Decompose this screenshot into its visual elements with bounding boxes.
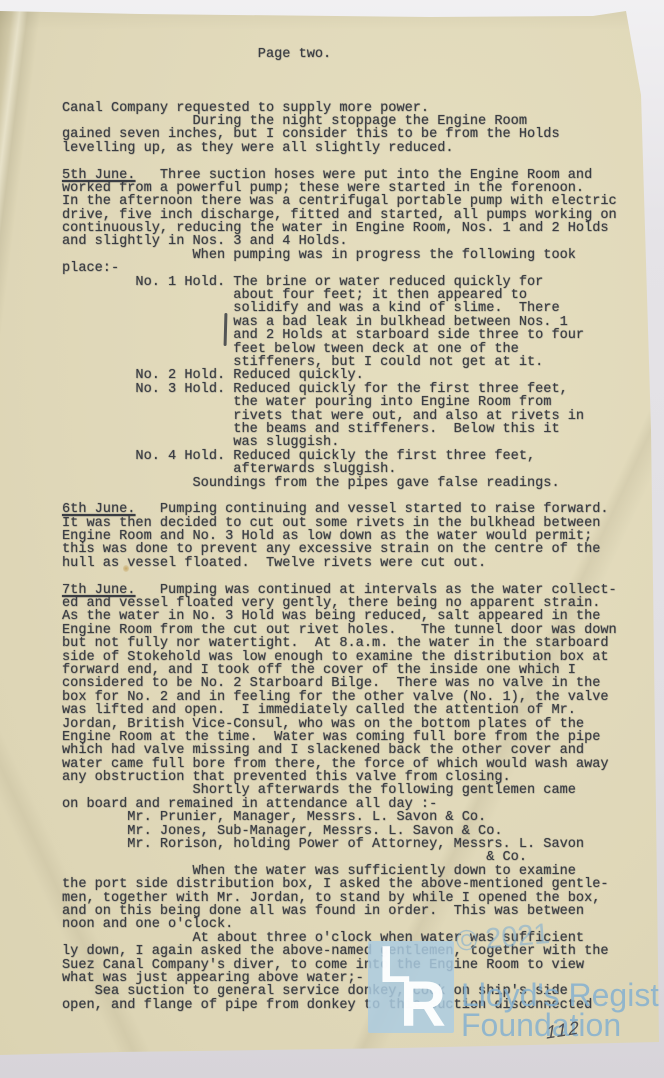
text-line: Mr. Prunier, Manager, Messrs. L. Savon &… (62, 811, 642, 824)
text-line: feet below tween deck at one of the (62, 343, 642, 356)
text-line: No. 2 Hold. Reduced quickly. (62, 369, 642, 382)
text-line (62, 88, 642, 101)
text-line: place:- (62, 262, 642, 275)
text-line: 7th June. Pumping was continued at inter… (62, 584, 642, 597)
text-line: hull as vessel floated. Twelve rivets we… (62, 557, 642, 570)
text-line: was sluggish. (62, 436, 642, 449)
text-line: levelling up, as they were all slightly … (62, 142, 642, 155)
scanned-paper-sheet: Page two.Canal Company requested to supp… (0, 0, 664, 1078)
text-line: 6th June. Pumping continuing and vessel … (62, 503, 642, 516)
text-line: considered to be No. 2 Starboard Bilge. … (62, 677, 642, 690)
text-line (62, 75, 642, 88)
logo-letter-r: R (400, 967, 446, 1041)
text-line: but not fully nor watertight. At 8.a.m. … (62, 637, 642, 650)
lloyds-register-logo-icon: L R (368, 941, 454, 1033)
text-line: rivets that were out, and also at rivets… (62, 410, 642, 423)
text-line: and slightly in Nos. 3 and 4 Holds. (62, 235, 642, 248)
scan-background: { "colors":{ "paper":"#e0d8b9", "ink":"#… (0, 0, 664, 1078)
text-line: noon and one o'clock. (62, 918, 642, 931)
text-line: solidify and was a kind of slime. There (62, 302, 642, 315)
text-line: Jordan, British Vice-Consul, who was on … (62, 718, 642, 731)
text-line: men, together with Mr. Jordan, to stand … (62, 892, 642, 905)
text-line: the port side distribution box, I asked … (62, 878, 642, 891)
typewritten-text: Page two.Canal Company requested to supp… (62, 48, 642, 1012)
text-line: Shortly afterwards the following gentlem… (62, 784, 642, 797)
text-line: and 2 Holds at starboard side three to f… (62, 329, 642, 342)
text-line: gained seven inches, but I consider this… (62, 128, 642, 141)
text-line: In the afternoon there was a centrifugal… (62, 195, 642, 208)
text-line: side of Stokehold was low enough to exam… (62, 651, 642, 664)
text-line (62, 570, 642, 583)
text-line: 5th June. Three suction hoses were put i… (62, 169, 642, 182)
text-line: Page two. (62, 48, 642, 61)
text-line: Canal Company requested to supply more p… (62, 102, 642, 115)
text-line: When pumping was in progress the followi… (62, 249, 642, 262)
text-line: Soundings from the pipes gave false read… (62, 477, 642, 490)
paper-stain (123, 565, 129, 572)
text-line: which had valve missing and I slackened … (62, 744, 642, 757)
text-line: Suez Canal Company's diver, to come into… (62, 959, 642, 972)
text-line: & Co. (62, 851, 642, 864)
text-line: ly down, I again asked the above-named g… (62, 945, 642, 958)
text-line: this was done to prevent any excessive s… (62, 543, 642, 556)
text-line: As the water in No. 3 Hold was being red… (62, 610, 642, 623)
text-line: afterwards sluggish. (62, 463, 642, 476)
text-line: was lifted and open. I immediately calle… (62, 704, 642, 717)
text-line: the water pouring into Engine Room from (62, 396, 642, 409)
text-line (62, 155, 642, 168)
watermark-text-foundation: Foundation (461, 1007, 621, 1044)
text-line (62, 61, 642, 74)
